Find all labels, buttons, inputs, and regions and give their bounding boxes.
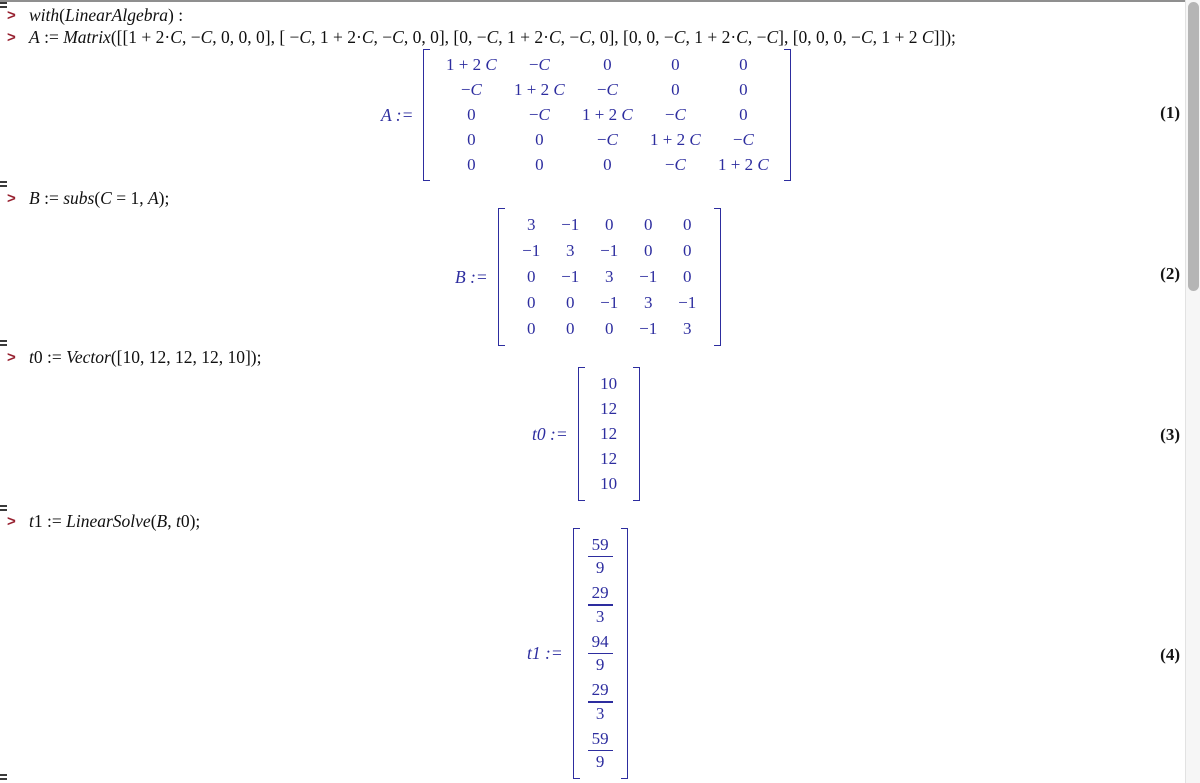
fraction-cell: 599 [588, 726, 613, 775]
matrix-cell: 12 [600, 449, 617, 469]
input-code-vector-t0[interactable]: t0 := Vector([10, 12, 12, 12, 10]); [29, 347, 262, 368]
fraction-cell: 949 [588, 629, 613, 678]
matrix-cell: 0 [683, 215, 692, 235]
matrix-cell: 0 [603, 55, 612, 75]
matrix-cell: −C [597, 80, 618, 100]
vertical-scrollbar[interactable] [1185, 0, 1200, 783]
matrix-cell: 1 + 2 C [582, 105, 633, 125]
matrix-cell: −1 [600, 293, 618, 313]
matrix-cell: 12 [600, 424, 617, 444]
matrix-cell: −1 [639, 267, 657, 287]
matrix-cell: 3 [644, 293, 653, 313]
matrix-b: 3−1000−13−1000−13−1000−13−1000−13 [498, 208, 721, 347]
matrix-cell: 3 [605, 267, 614, 287]
matrix-cell: 1 + 2 C [650, 130, 701, 150]
vector-t0: 1012121210 [578, 367, 640, 501]
matrix-b-grid: 3−1000−13−1000−13−1000−13−1000−13 [505, 208, 714, 347]
maple-worksheet: > with(LinearAlgebra) : > A := Matrix([[… [0, 0, 1200, 783]
matrix-cell: −1 [522, 241, 540, 261]
matrix-cell: 0 [535, 155, 544, 175]
assign-label-t0: t0 := [532, 424, 568, 445]
assign-label-a: A := [381, 105, 413, 126]
equation-label-2: (2) [1120, 264, 1180, 284]
fraction-denominator: 3 [596, 704, 605, 724]
matrix-cell: 0 [566, 319, 575, 339]
execution-group-bracket [0, 505, 7, 511]
matrix-cell: 0 [683, 241, 692, 261]
output-matrix-b: B := 3−1000−13−1000−13−1000−13−1000−13 [455, 209, 721, 345]
matrix-cell: 0 [739, 105, 748, 125]
matrix-cell: −1 [561, 215, 579, 235]
matrix-cell: 0 [527, 267, 536, 287]
fraction-denominator: 9 [596, 752, 605, 772]
fraction-numerator: 29 [592, 680, 609, 700]
fraction-bar [588, 556, 613, 558]
input-code-matrix-a[interactable]: A := Matrix([[1 + 2·C, −C, 0, 0, 0], [ −… [29, 27, 956, 48]
fraction-numerator: 59 [592, 729, 609, 749]
matrix-cell: 0 [644, 241, 653, 261]
matrix-cell: 0 [467, 105, 476, 125]
matrix-cell: 0 [671, 55, 680, 75]
worksheet-top-divider [0, 0, 1200, 2]
matrix-cell: −C [529, 105, 550, 125]
right-bracket-icon [621, 528, 628, 779]
matrix-cell: 0 [527, 319, 536, 339]
fraction-numerator: 29 [592, 583, 609, 603]
input-code-with[interactable]: with(LinearAlgebra) : [29, 5, 183, 26]
matrix-cell: 0 [467, 130, 476, 150]
matrix-cell: 0 [671, 80, 680, 100]
fraction-numerator: 94 [592, 632, 609, 652]
equation-label-3: (3) [1120, 425, 1180, 445]
execution-group-bracket [0, 2, 7, 8]
output-matrix-a: A := 1 + 2 C−C000−C1 + 2 C−C000−C1 + 2 C… [381, 49, 791, 181]
execution-group-bracket [0, 774, 7, 780]
fraction-cell: 293 [588, 581, 613, 630]
matrix-cell: 0 [605, 215, 614, 235]
matrix-cell: −C [597, 130, 618, 150]
left-bracket-icon [423, 49, 430, 181]
matrix-cell: 1 + 2 C [514, 80, 565, 100]
fraction-cell: 599 [588, 532, 613, 581]
input-code-subs-b[interactable]: B := subs(C = 1, A); [29, 188, 169, 209]
vector-t1-fractions: 599293949293599 [580, 528, 621, 779]
assign-label-b: B := [455, 267, 488, 288]
matrix-cell: −C [529, 55, 550, 75]
matrix-cell: 10 [600, 474, 617, 494]
matrix-cell: 0 [527, 293, 536, 313]
matrix-cell: 1 + 2 C [718, 155, 769, 175]
matrix-cell: 0 [603, 155, 612, 175]
fraction-bar [588, 750, 613, 752]
matrix-cell: 0 [739, 80, 748, 100]
matrix-cell: 0 [535, 130, 544, 150]
execution-group-bracket [0, 340, 7, 346]
right-bracket-icon [784, 49, 791, 181]
matrix-cell: −1 [561, 267, 579, 287]
maple-prompt: > [7, 513, 15, 530]
output-vector-t1: t1 := 599293949293599 [527, 530, 628, 777]
fraction-denominator: 3 [596, 607, 605, 627]
maple-prompt: > [7, 349, 15, 366]
matrix-cell: −C [665, 105, 686, 125]
matrix-cell: 1 + 2 C [446, 55, 497, 75]
assign-label-t1: t1 := [527, 643, 563, 664]
matrix-cell: 3 [566, 241, 575, 261]
fraction-bar [588, 701, 613, 703]
matrix-cell: −1 [600, 241, 618, 261]
fraction-numerator: 59 [592, 535, 609, 555]
matrix-cell: 0 [605, 319, 614, 339]
maple-prompt: > [7, 190, 15, 207]
equation-label-1: (1) [1120, 103, 1180, 123]
vector-t0-grid: 1012121210 [585, 367, 633, 501]
fraction-cell: 293 [588, 678, 613, 727]
matrix-cell: −1 [678, 293, 696, 313]
input-code-linearsolve-t1[interactable]: t1 := LinearSolve(B, t0); [29, 511, 200, 532]
matrix-cell: 0 [644, 215, 653, 235]
fraction-denominator: 9 [596, 655, 605, 675]
right-bracket-icon [714, 208, 721, 347]
matrix-a-grid: 1 + 2 C−C000−C1 + 2 C−C000−C1 + 2 C−C000… [430, 49, 784, 181]
fraction-bar [588, 604, 613, 606]
matrix-cell: 0 [739, 55, 748, 75]
matrix-cell: −1 [639, 319, 657, 339]
matrix-cell: 0 [566, 293, 575, 313]
maple-prompt: > [7, 7, 15, 24]
execution-group-bracket [0, 181, 7, 187]
matrix-cell: 3 [683, 319, 692, 339]
equation-label-4: (4) [1120, 645, 1180, 665]
matrix-cell: −C [665, 155, 686, 175]
matrix-cell: 3 [527, 215, 536, 235]
matrix-cell: 12 [600, 399, 617, 419]
left-bracket-icon [578, 367, 585, 501]
fraction-denominator: 9 [596, 558, 605, 578]
matrix-cell: 0 [467, 155, 476, 175]
matrix-cell: 0 [683, 267, 692, 287]
left-bracket-icon [573, 528, 580, 779]
fraction-bar [588, 653, 613, 655]
scrollbar-thumb[interactable] [1188, 2, 1199, 291]
maple-prompt: > [7, 29, 15, 46]
matrix-cell: −C [461, 80, 482, 100]
matrix-a: 1 + 2 C−C000−C1 + 2 C−C000−C1 + 2 C−C000… [423, 49, 791, 181]
right-bracket-icon [633, 367, 640, 501]
matrix-cell: 10 [600, 374, 617, 394]
matrix-cell: −C [733, 130, 754, 150]
vector-t1: 599293949293599 [573, 528, 628, 779]
left-bracket-icon [498, 208, 505, 347]
output-vector-t0: t0 := 1012121210 [532, 368, 640, 500]
